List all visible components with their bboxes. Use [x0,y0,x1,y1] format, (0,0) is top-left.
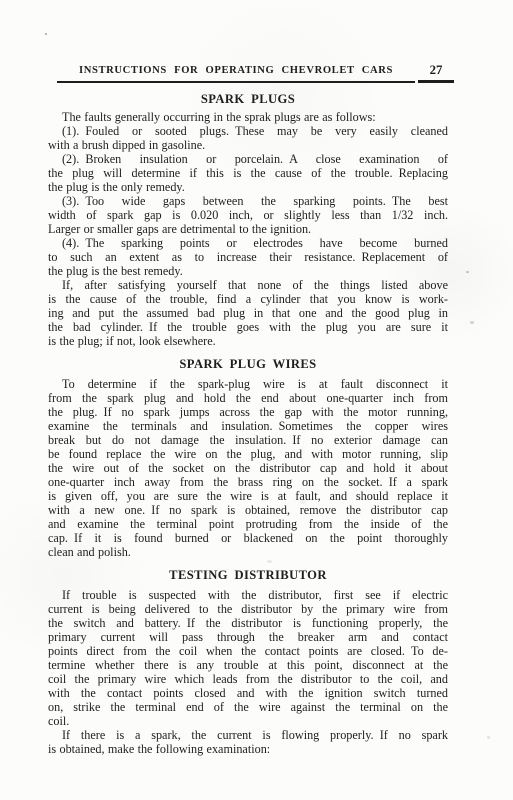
paragraph: (4). The sparking points or electrodes h… [48,236,448,278]
scan-speck [487,736,490,739]
scan-speck [300,500,306,504]
text-line: To determine if the spark-plug wire is a… [48,377,448,391]
scan-speck [470,321,474,324]
text-line: points direct from the coil when the con… [48,644,448,658]
text-line: termine whether there is any trouble at … [48,658,448,672]
text-line: If there is a spark, the current is flow… [48,728,448,742]
running-header-rule: INSTRUCTIONS FOR OPERATING CHEVROLET CAR… [57,60,415,83]
text-line: is the cause of the trouble, find a cyli… [48,292,448,306]
text-line: with a brush dipped in gasoline. [48,138,448,152]
text-line: ing and put the assumed bad plug in that… [48,306,448,320]
text-line: one-quarter inch away from the brass rin… [48,475,448,489]
text-line: primary current will pass through the br… [48,630,448,644]
text-line: the plug. If no spark jumps across the g… [48,405,448,419]
text-line: break but do not damage the insulation. … [48,433,448,447]
paragraph: (1). Fouled or sooted plugs. These may b… [48,124,448,152]
text-line: coil the primary wire which leads from t… [48,672,448,686]
paragraph: The faults generally occurring in the sp… [48,110,448,124]
text-line: (1). Fouled or sooted plugs. These may b… [48,124,448,138]
section-heading: TESTING DISTRIBUTOR [48,568,448,582]
section-heading: SPARK PLUGS [48,92,448,106]
text-line: the wire out of the socket on the distri… [48,461,448,475]
running-header: INSTRUCTIONS FOR OPERATING CHEVROLET CAR… [79,65,393,76]
page-number: 27 [418,63,454,83]
page-content: SPARK PLUGSThe faults generally occurrin… [48,88,448,756]
text-line: is the plug; if not, look elsewhere. [48,334,448,348]
paragraph: (3). Too wide gaps between the sparking … [48,194,448,236]
section-heading: SPARK PLUG WIRES [48,357,448,371]
paragraph: (2). Broken insulation or porcelain. A c… [48,152,448,194]
text-line: If, after satisfying yourself that none … [48,278,448,292]
text-line: with a new one. If no spark is obtained,… [48,503,448,517]
text-line: is given off, you are sure the wire is a… [48,489,448,503]
paragraph: If, after satisfying yourself that none … [48,278,448,348]
text-line: with the contact points closed and with … [48,686,448,700]
scan-speck [267,560,272,563]
text-line: the plug is the best remedy. [48,264,448,278]
text-line: (2). Broken insulation or porcelain. A c… [48,152,448,166]
text-line: If trouble is suspected with the distrib… [48,588,448,602]
text-line: clean and polish. [48,545,448,559]
text-line: be found replace the wire on the plug, a… [48,447,448,461]
text-line: the plug is the only remedy. [48,180,448,194]
text-line: the bad cylinder. If the trouble goes wi… [48,320,448,334]
paragraph: If there is a spark, the current is flow… [48,728,448,756]
scan-speck [466,271,469,273]
text-line: width of spark gap is 0.020 inch, or sli… [48,208,448,222]
text-line: coil. [48,714,448,728]
text-line: examine the terminals and insulation. So… [48,419,448,433]
text-line: the switch and battery. If the distribut… [48,616,448,630]
text-line: current is being delivered to the distri… [48,602,448,616]
text-line: the plug will determine if this is the c… [48,166,448,180]
text-line: and examine the terminal point protrudin… [48,517,448,531]
text-line: from the spark plug and hold the end abo… [48,391,448,405]
text-line: Larger or smaller gaps are detrimental t… [48,222,448,236]
text-line: on, strike the terminal end of the wire … [48,700,448,714]
text-line: cap. If it is found burned or blackened … [48,531,448,545]
text-line: is obtained, make the following examinat… [48,742,448,756]
text-line: to such an extent as to increase their r… [48,250,448,264]
paragraph: If trouble is suspected with the distrib… [48,588,448,728]
text-line: (4). The sparking points or electrodes h… [48,236,448,250]
text-line: The faults generally occurring in the sp… [48,110,448,124]
paragraph: To determine if the spark-plug wire is a… [48,377,448,559]
book-page: INSTRUCTIONS FOR OPERATING CHEVROLET CAR… [0,0,513,800]
text-line: (3). Too wide gaps between the sparking … [48,194,448,208]
scan-speck [45,33,47,35]
